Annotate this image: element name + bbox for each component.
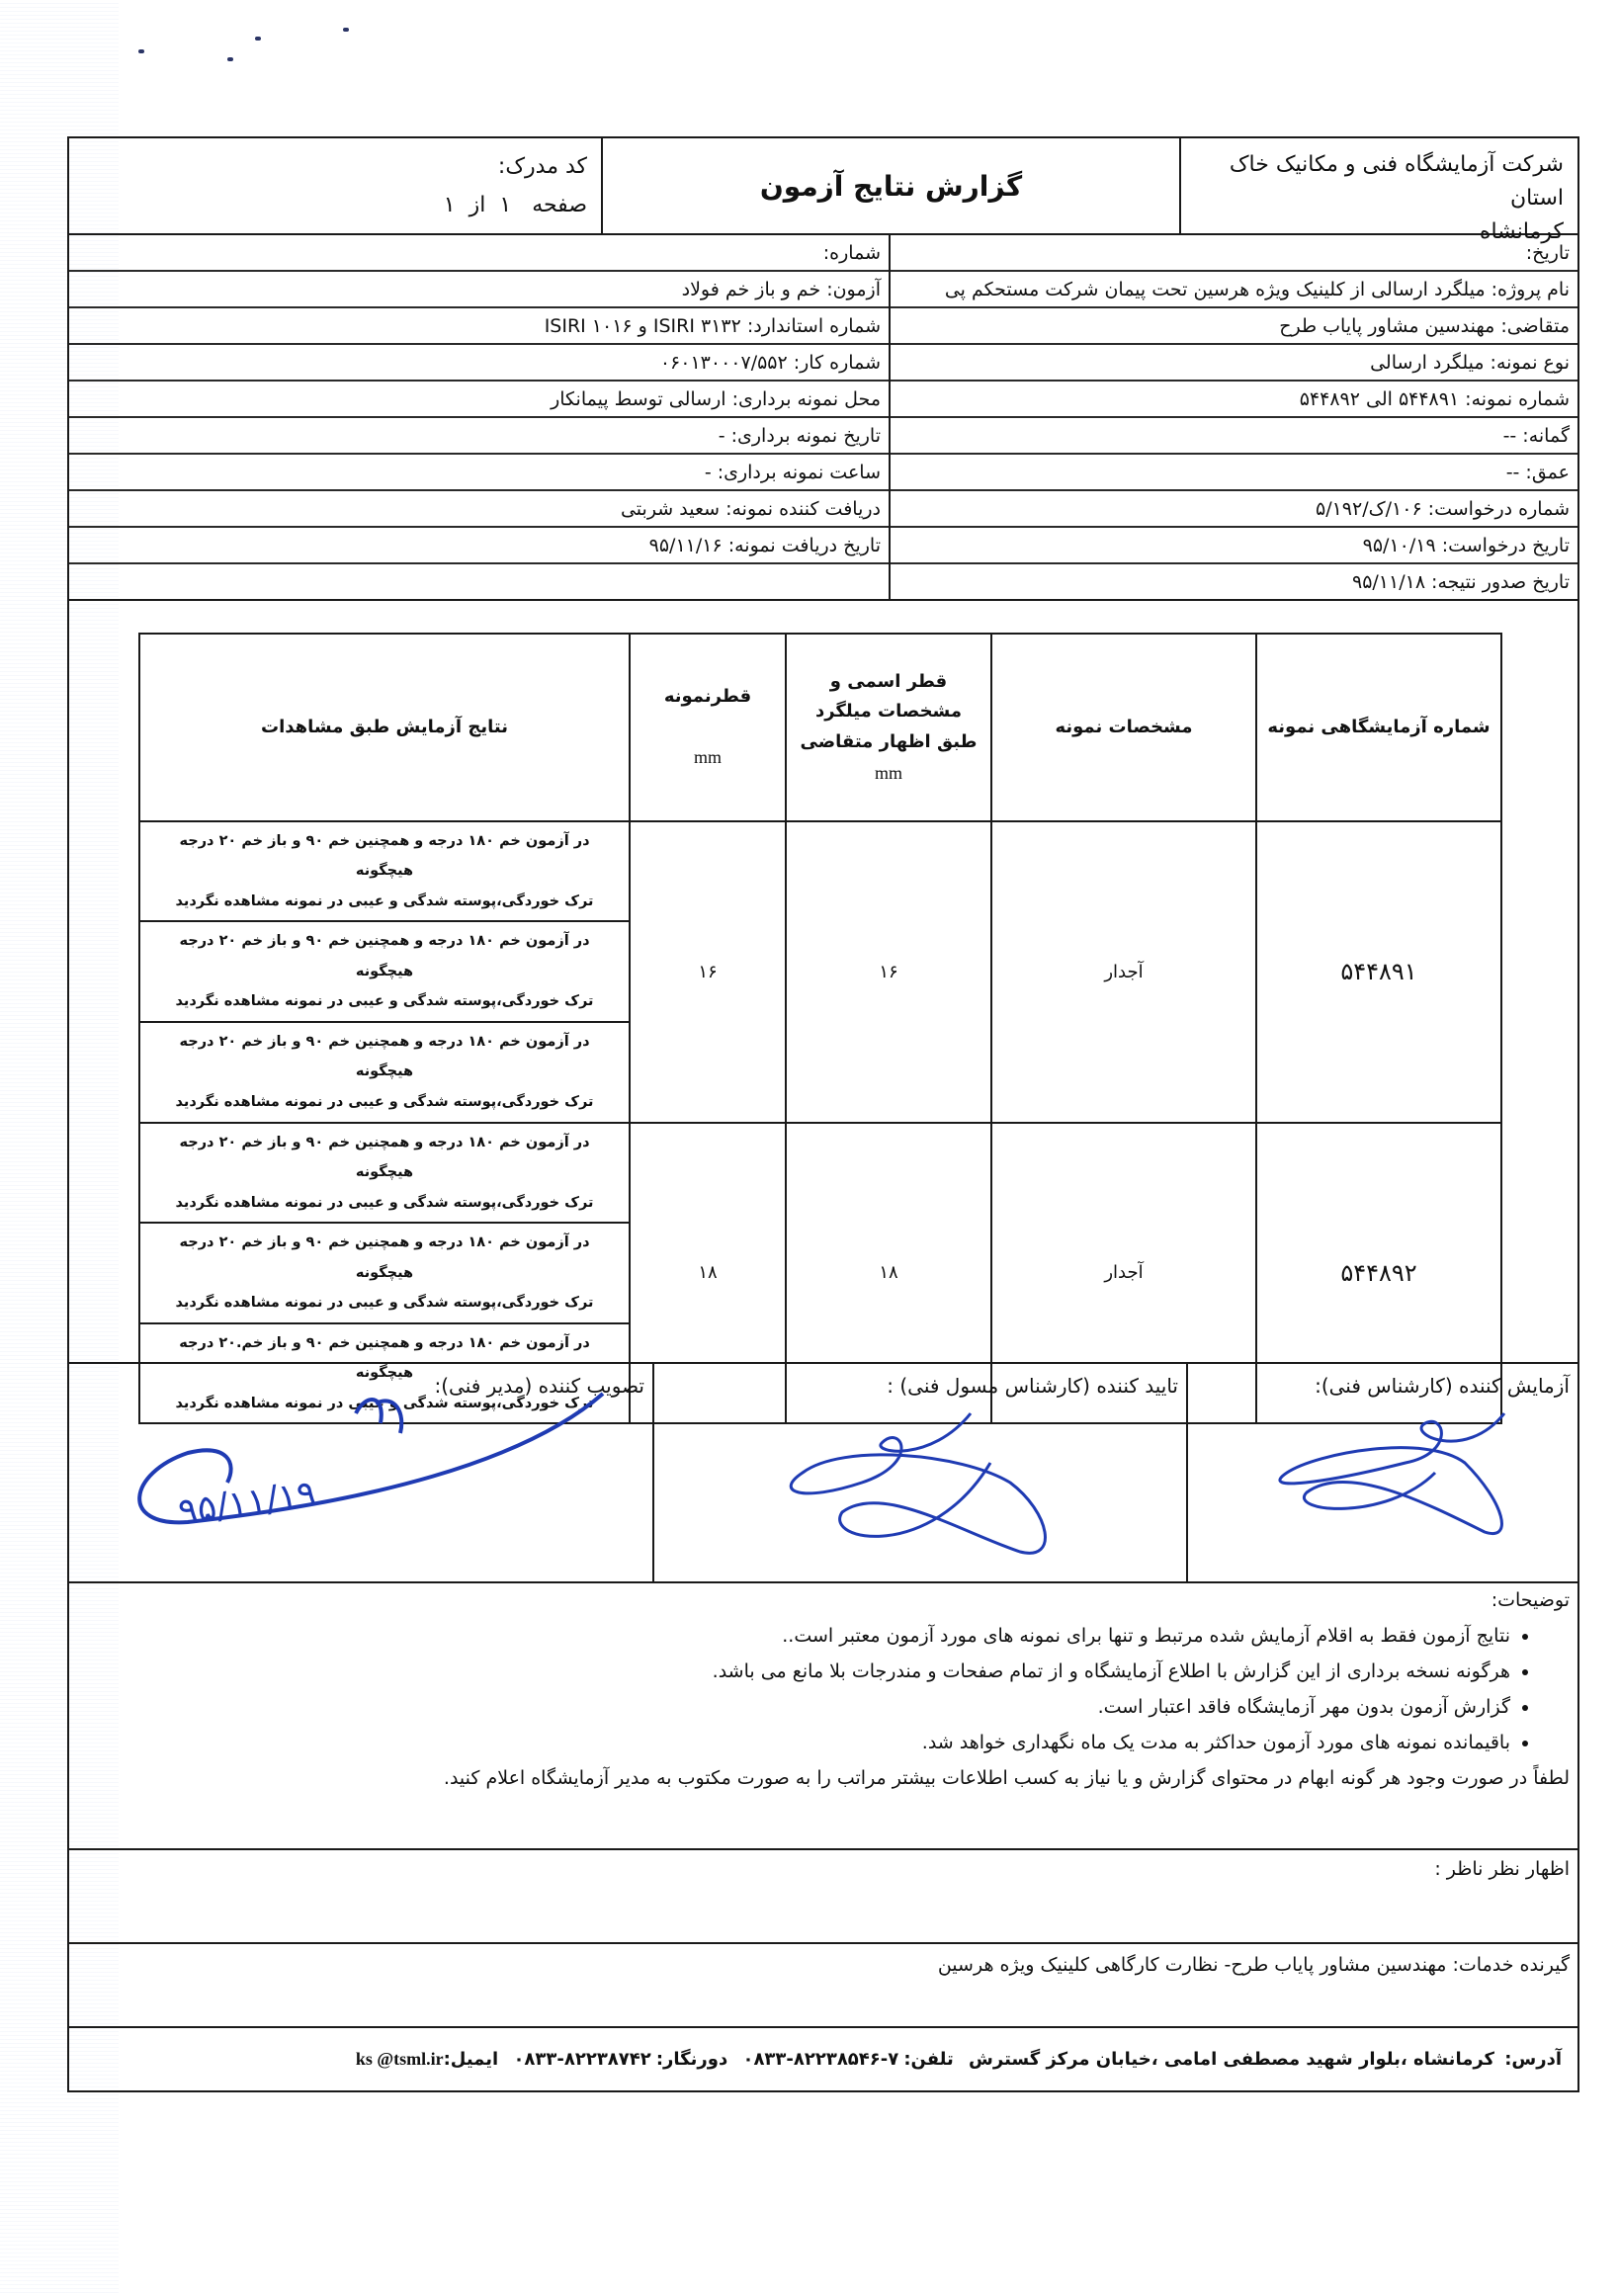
scan-speck: [343, 28, 349, 32]
observation-cell: در آزمون خم ۱۸۰ درجه و همچنین خم ۹۰ و با…: [139, 1022, 630, 1123]
notes-footer: لطفاً در صورت وجود هر گونه ابهام در محتو…: [77, 1767, 1570, 1789]
notes-list: نتایج آزمون فقط به اقلام آزمایش شده مرتب…: [77, 1625, 1570, 1753]
ratifier-signature-cell: تصویب کننده (مدیر فنی): ۹۵/۱۱/۱۹: [69, 1364, 652, 1581]
tester-label: آزمایش کننده (کارشناس فنی):: [1196, 1374, 1570, 1398]
page-title: گزارش نتایج آزمون: [760, 170, 1022, 203]
info-right-column: تاریخ: نام پروژه:میلگرد ارسالی از کلینیک…: [889, 235, 1577, 599]
field-sampling-location: محل نمونه برداری:ارسالی توسط پیمانکار: [69, 382, 889, 418]
table-row: ۵۴۴۸۹۲ آجدار ۱۸ ۱۸ در آزمون خم ۱۸۰ درجه …: [139, 1123, 1501, 1223]
field-result-date: تاریخ صدور نتیجه:۹۵/۱۱/۱۸: [891, 564, 1577, 599]
col-lab-number: شماره آزمایشگاهی نمونه: [1256, 634, 1501, 821]
table-header-row: شماره آزمایشگاهی نمونه مشخصات نمونه قطر …: [139, 634, 1501, 821]
tester-signature-cell: آزمایش کننده (کارشناس فنی):: [1186, 1364, 1577, 1581]
col-nominal-diameter: قطر اسمی و مشخصات میلگرد طبق اظهار متقاض…: [786, 634, 991, 821]
observation-cell: در آزمون خم ۱۸۰ درجه و همچنین خم ۹۰ و با…: [139, 1223, 630, 1323]
email-value[interactable]: ks @tsml.ir: [356, 2049, 444, 2070]
report-header: شرکت آزمایشگاه فنی و مکانیک خاک استان کر…: [67, 136, 1579, 235]
observation-cell: در آزمون خم ۱۸۰ درجه و همچنین خم ۹۰ و با…: [139, 1123, 630, 1223]
note-item: نتایج آزمون فقط به اقلام آزمایش شده مرتب…: [77, 1625, 1510, 1647]
scan-speck: [255, 37, 261, 41]
report-document: شرکت آزمایشگاه فنی و مکانیک خاک استان کر…: [67, 136, 1579, 2092]
note-item: باقیمانده نمونه های مورد آزمون حداکثر به…: [77, 1732, 1510, 1753]
fax-label: دورنگار:: [656, 2049, 727, 2070]
specs-cell: آجدار: [991, 821, 1256, 1123]
service-recipient-label: گیرنده خدمات:: [1453, 1954, 1571, 1976]
address-value: کرمانشاه ،بلوار شهید مصطفی امامی ،خیابان…: [969, 2049, 1494, 2070]
field-request-date: تاریخ درخواست:۹۵/۱۰/۱۹: [891, 528, 1577, 564]
phone-label: تلفن:: [903, 2049, 953, 2070]
fax-value: ۰۸۳۳-۸۲۲۳۸۷۴۲: [513, 2049, 650, 2070]
col-specs: مشخصات نمونه: [991, 634, 1256, 821]
field-receipt-date: تاریخ دریافت نمونه:۹۵/۱۱/۱۶: [69, 528, 889, 564]
service-recipient-section: گیرنده خدمات: مهندسین مشاور پایاب طرح- ن…: [67, 1944, 1579, 2028]
address-label: آدرس:: [1504, 2049, 1562, 2070]
company-name: شرکت آزمایشگاه فنی و مکانیک خاک استان: [1195, 148, 1564, 215]
doc-code-label: کد مدرک:: [498, 154, 587, 179]
notes-section: توضیحات: نتایج آزمون فقط به اقلام آزمایش…: [67, 1583, 1579, 1850]
approver-label: تایید کننده (کارشناس مسول فنی) :: [662, 1374, 1178, 1398]
nominal-diameter-cell: ۱۶: [786, 821, 991, 1123]
notes-title: توضیحات:: [77, 1589, 1570, 1611]
field-borehole: گمانه:--: [891, 418, 1577, 455]
field-sampling-time: ساعت نمونه برداری:-: [69, 455, 889, 491]
field-empty: [69, 564, 889, 599]
field-project-name: نام پروژه:میلگرد ارسالی از کلینیک ویژه ه…: [891, 272, 1577, 308]
email-label: ایمیل:: [444, 2049, 499, 2070]
field-sample-receiver: دریافت کننده نمونه:سعید شربتی: [69, 491, 889, 528]
field-request-number: شماره درخواست:۱۰۶/ک/۵/۱۹۲: [891, 491, 1577, 528]
field-standard: شماره استاندارد:ISIRI ۳۱۳۲ و ISIRI ۱۰۱۶: [69, 308, 889, 345]
note-item: هرگونه نسخه برداری از این گزارش با اطلاع…: [77, 1660, 1510, 1682]
observation-cell: در آزمون خم ۱۸۰ درجه و همچنین خم ۹۰ و با…: [139, 821, 630, 921]
approver-signature-cell: تایید کننده (کارشناس مسول فنی) :: [652, 1364, 1186, 1581]
observation-cell: در آزمون خم ۱۸۰ درجه و همچنین خم ۹۰ و با…: [139, 921, 630, 1021]
sample-diameter-cell: ۱۶: [630, 821, 786, 1123]
col-sample-diameter: قطرنمونه mm: [630, 634, 786, 821]
doc-meta-block: کد مدرک: صفحه ۱ از ۱: [69, 138, 601, 233]
observer-comment-label: اظهار نظر ناظر :: [1434, 1858, 1570, 1880]
field-applicant: متقاضی:مهندسین مشاور پایاب طرح: [891, 308, 1577, 345]
title-block: گزارش نتایج آزمون: [601, 138, 1179, 233]
note-item: گزارش آزمون بدون مهر آزمایشگاه فاقد اعتب…: [77, 1696, 1510, 1718]
approver-signature-icon: [763, 1403, 1089, 1572]
field-test: آزمون:خم و باز خم فولاد: [69, 272, 889, 308]
results-section: شماره آزمایشگاهی نمونه مشخصات نمونه قطر …: [67, 599, 1579, 1364]
scan-speck: [138, 49, 144, 53]
lab-number-cell: ۵۴۴۸۹۱: [1256, 821, 1501, 1123]
results-table: شماره آزمایشگاهی نمونه مشخصات نمونه قطر …: [138, 633, 1502, 1424]
tester-signature-icon: [1228, 1403, 1554, 1552]
field-job-number: شماره کار:۰۶۰۱۳۰۰۰۷/۵۵۲: [69, 345, 889, 382]
field-sampling-date: تاریخ نمونه برداری:-: [69, 418, 889, 455]
signatures-section: آزمایش کننده (کارشناس فنی): تایید کننده …: [67, 1364, 1579, 1583]
contact-footer: آدرس: کرمانشاه ،بلوار شهید مصطفی امامی ،…: [67, 2028, 1579, 2092]
observer-comment-section: اظهار نظر ناظر :: [67, 1850, 1579, 1944]
table-row: ۵۴۴۸۹۱ آجدار ۱۶ ۱۶ در آزمون خم ۱۸۰ درجه …: [139, 821, 1501, 921]
company-block: شرکت آزمایشگاه فنی و مکانیک خاک استان کر…: [1179, 138, 1577, 233]
field-sample-number: شماره نمونه:۵۴۴۸۹۱ الی ۵۴۴۸۹۲: [891, 382, 1577, 418]
service-recipient-value: مهندسین مشاور پایاب طرح- نظارت کارگاهی ک…: [938, 1954, 1447, 1976]
field-depth: عمق:--: [891, 455, 1577, 491]
info-left-column: شماره: آزمون:خم و باز خم فولاد شماره است…: [69, 235, 889, 599]
info-grid: تاریخ: نام پروژه:میلگرد ارسالی از کلینیک…: [67, 235, 1579, 599]
ratifier-signature-icon: [109, 1374, 623, 1572]
field-date: تاریخ:: [891, 235, 1577, 272]
field-number: شماره:: [69, 235, 889, 272]
col-results: نتایج آزمایش طبق مشاهدات: [139, 634, 630, 821]
page-indicator: صفحه ۱ از ۱: [83, 187, 587, 225]
scan-speck: [227, 57, 233, 61]
field-sample-type: نوع نمونه:میلگرد ارسالی: [891, 345, 1577, 382]
phone-value: ۰۸۳۳-۸۲۲۳۸۵۴۶-۷: [742, 2049, 898, 2070]
